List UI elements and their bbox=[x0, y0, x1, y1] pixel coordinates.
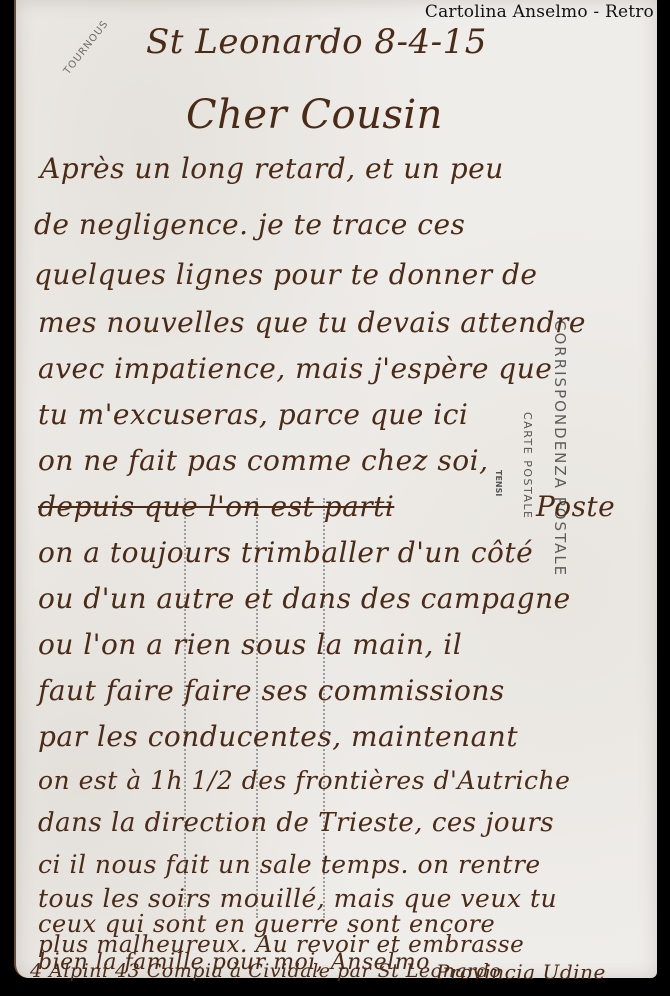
letter-line: tu m'excuseras, parce que ici bbox=[38, 398, 657, 431]
publisher-stamp: TOURNOUS bbox=[62, 19, 111, 77]
letter-line: dans la direction de Trieste, ces jours bbox=[38, 808, 657, 838]
letter-line: faut faire faire ses commissions bbox=[38, 674, 657, 707]
letter-line: Après un long retard, et un peu bbox=[40, 152, 657, 185]
letter-line: mes nouvelles que tu devais attendre bbox=[38, 306, 657, 339]
sender-province: Provincia Udine bbox=[436, 960, 657, 984]
letter-line: de negligence. je te trace ces bbox=[34, 208, 657, 241]
letter-line: on est à 1h 1/2 des frontières d'Autrich… bbox=[38, 766, 657, 795]
letter-line: ou d'un autre et dans des campagne bbox=[38, 582, 657, 615]
letter-line: on ne fait pas comme chez soi, bbox=[38, 444, 657, 477]
salutation: Cher Cousin bbox=[186, 92, 657, 138]
letter-line: ou l'on a rien sous la main, il bbox=[38, 628, 657, 661]
postcard: TOURNOUS CORRISPONDENZA POSTALE CARTE PO… bbox=[14, 0, 657, 978]
letter-addition: Poste bbox=[536, 490, 657, 523]
watermark-title: Cartolina Anselmo - Retro bbox=[425, 2, 654, 22]
letter-line: on a toujours trimballer d'un côté bbox=[38, 536, 657, 569]
letter-line: tous les soirs mouillé, mais que veux tu bbox=[38, 884, 657, 913]
letter-line: ci il nous fait un sale temps. on rentre bbox=[38, 850, 657, 879]
letter-line: quelques lignes pour te donner de bbox=[34, 258, 657, 291]
letter-line: par les conducentes, maintenant bbox=[38, 720, 657, 753]
letter-line: avec impatience, mais j'espère que bbox=[38, 352, 657, 385]
place-date: St Leonardo 8-4-15 bbox=[146, 22, 657, 62]
